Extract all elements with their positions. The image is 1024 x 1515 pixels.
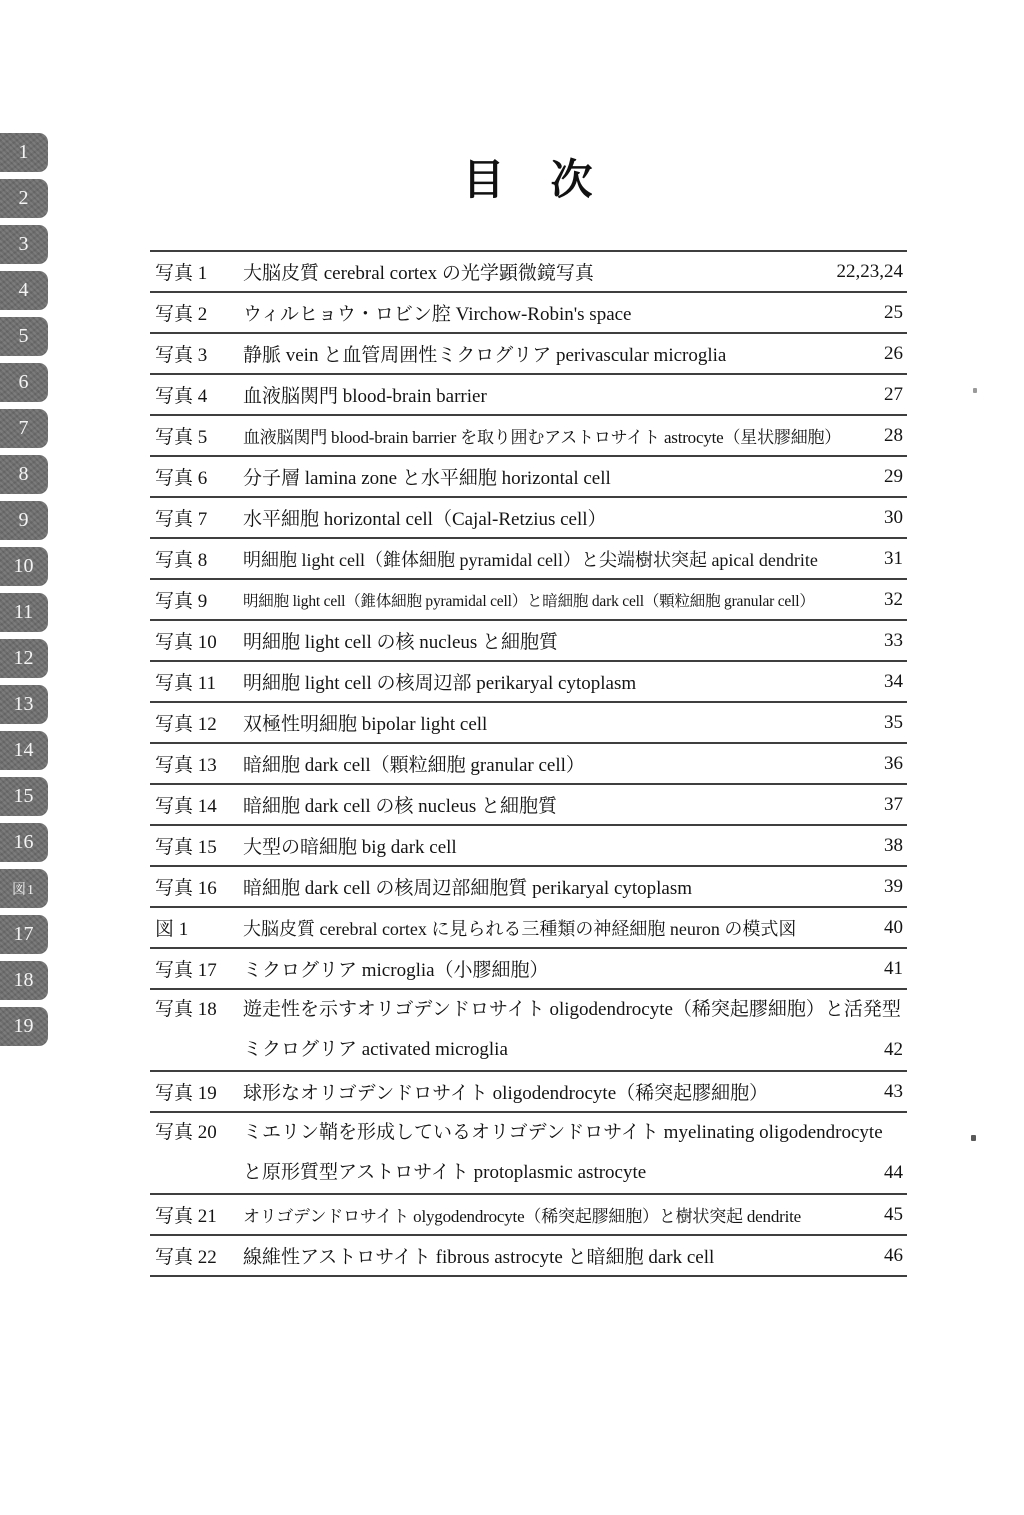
toc-entry-page-number: 46 <box>884 1245 907 1267</box>
toc-entry-page-number: 22,23,24 <box>837 261 908 283</box>
toc-entry-title-line1: 明細胞 light cell の核周辺部 perikaryal cytoplas… <box>243 668 884 695</box>
side-index-tab: 1 <box>0 133 48 172</box>
toc-entry-label: 写真 19 <box>150 1078 243 1105</box>
side-index-tab: 3 <box>0 225 48 264</box>
side-index-tab: 7 <box>0 409 48 448</box>
toc-entry-title-line1: ミエリン鞘を形成しているオリゴデンドロサイト myelinating oligo… <box>243 1113 884 1153</box>
toc-entry-label: 写真 7 <box>150 504 243 531</box>
toc-entry-title-line1: 線維性アストロサイト fibrous astrocyte と暗細胞 dark c… <box>243 1242 884 1269</box>
toc-entry-title-line1: ミクログリア microglia（小膠細胞） <box>243 955 884 982</box>
toc-row: 写真 19 球形なオリゴデンドロサイト oligodendrocyte（稀突起膠… <box>150 1070 907 1111</box>
toc-entry-label: 写真 15 <box>150 832 243 859</box>
toc-entry-title-line1: 血液脳関門 blood-brain barrier を取り囲むアストロサイト a… <box>243 423 884 448</box>
toc-entry-page-number: 34 <box>884 671 907 693</box>
toc-row: 写真 6 分子層 lamina zone と水平細胞 horizontal ce… <box>150 455 907 496</box>
toc-entry-title: ミクログリア microglia（小膠細胞） <box>243 955 884 982</box>
toc-entry-label: 図 1 <box>150 914 243 941</box>
toc-entry-page-number: 28 <box>884 425 907 447</box>
toc-entry-page-number: 40 <box>884 917 907 939</box>
toc-entry-label: 写真 3 <box>150 340 243 367</box>
toc-entry-title: オリゴデンドロサイト olygodendrocyte（稀突起膠細胞）と樹状突起 … <box>243 1202 884 1227</box>
toc-entry-page-number: 38 <box>884 835 907 857</box>
toc-entry-title-line1: ウィルヒョウ・ロビン腔 Virchow-Robin's space <box>243 299 884 326</box>
toc-entry-title-line2: と原形質型アストロサイト protoplasmic astrocyte <box>243 1153 884 1193</box>
toc-entry-title: 球形なオリゴデンドロサイト oligodendrocyte（稀突起膠細胞） <box>243 1078 884 1105</box>
toc-entry-label: 写真 5 <box>150 422 243 449</box>
side-index-tab-label: 10 <box>14 555 34 578</box>
toc-row: 写真 16 暗細胞 dark cell の核周辺部細胞質 perikaryal … <box>150 865 907 906</box>
toc-entry-label: 写真 8 <box>150 545 243 572</box>
toc-entry-page-number: 29 <box>884 466 907 488</box>
toc-row: 写真 15 大型の暗細胞 big dark cell 38 <box>150 824 907 865</box>
side-index-tab-label: 14 <box>14 739 34 762</box>
toc-entry-title-line1: オリゴデンドロサイト olygodendrocyte（稀突起膠細胞）と樹状突起 … <box>243 1202 884 1227</box>
toc-row: 図 1 大脳皮質 cerebral cortex に見られる三種類の神経細胞 n… <box>150 906 907 947</box>
toc-entry-title: 双極性明細胞 bipolar light cell <box>243 709 884 736</box>
toc-entry-title: 水平細胞 horizontal cell（Cajal-Retzius cell） <box>243 504 884 531</box>
toc-row: 写真 2 ウィルヒョウ・ロビン腔 Virchow-Robin's space 2… <box>150 291 907 332</box>
toc-entry-title-line1: 血液脳関門 blood-brain barrier <box>243 381 884 408</box>
side-index-tab-label: 15 <box>14 785 34 808</box>
toc-entry-title: 明細胞 light cell（錐体細胞 pyramidal cell）と暗細胞 … <box>243 589 884 611</box>
side-index-tab: 6 <box>0 363 48 402</box>
toc-entry-title: 明細胞 light cell の核周辺部 perikaryal cytoplas… <box>243 668 884 695</box>
toc-entry-title: 暗細胞 dark cell の核 nucleus と細胞質 <box>243 791 884 818</box>
scan-speck <box>973 388 977 393</box>
toc-entry-page-number: 31 <box>884 548 907 570</box>
toc-entry-title: 暗細胞 dark cell の核周辺部細胞質 perikaryal cytopl… <box>243 873 884 900</box>
toc-entry-page-number: 44 <box>884 1153 907 1193</box>
toc-entry-title-line1: 明細胞 light cell の核 nucleus と細胞質 <box>243 627 884 654</box>
side-index-tab-label: 12 <box>14 647 34 670</box>
toc-entry-page-number: 43 <box>884 1081 907 1103</box>
side-index-tab: 19 <box>0 1007 48 1046</box>
toc-row: 写真 4 血液脳関門 blood-brain barrier 27 <box>150 373 907 414</box>
toc-entry-label: 写真 21 <box>150 1201 243 1228</box>
side-index-tab-label: 19 <box>14 1015 34 1038</box>
toc-entry-title-line1: 暗細胞 dark cell の核周辺部細胞質 perikaryal cytopl… <box>243 873 884 900</box>
side-index-tab-label: 3 <box>19 233 29 256</box>
side-index-tab: 15 <box>0 777 48 816</box>
side-index-tab-label: 7 <box>19 417 29 440</box>
toc-entry-title: 血液脳関門 blood-brain barrier <box>243 381 884 408</box>
toc-entry-title-line1: 大型の暗細胞 big dark cell <box>243 832 884 859</box>
toc-entry-label: 写真 9 <box>150 586 243 613</box>
toc-row: 写真 22 線維性アストロサイト fibrous astrocyte と暗細胞 … <box>150 1234 907 1275</box>
toc-entry-page-number: 26 <box>884 343 907 365</box>
toc-entry-page-number: 45 <box>884 1204 907 1226</box>
toc-entry-title-line1: 大脳皮質 cerebral cortex の光学顕微鏡写真 <box>243 258 837 285</box>
toc-entry-title: 明細胞 light cell（錐体細胞 pyramidal cell）と尖端樹状… <box>243 546 884 572</box>
side-index-tab: 2 <box>0 179 48 218</box>
toc-row: 写真 13 暗細胞 dark cell（顆粒細胞 granular cell） … <box>150 742 907 783</box>
toc-entry-page-number: 42 <box>884 1030 907 1070</box>
toc-entry-title-line1: 暗細胞 dark cell の核 nucleus と細胞質 <box>243 791 884 818</box>
toc-entry-title: 暗細胞 dark cell（顆粒細胞 granular cell） <box>243 750 884 777</box>
toc-entry-label: 写真 4 <box>150 381 243 408</box>
toc-row: 写真 5 血液脳関門 blood-brain barrier を取り囲むアストロ… <box>150 414 907 455</box>
page-title: 目 次 <box>150 156 907 206</box>
toc-entry-title-line1: 遊走性を示すオリゴデンドロサイト oligodendrocyte（稀突起膠細胞）… <box>243 990 884 1030</box>
side-index-tab: 17 <box>0 915 48 954</box>
toc-entry-page-number: 30 <box>884 507 907 529</box>
toc-entry-label: 写真 12 <box>150 709 243 736</box>
toc-entry-page-number: 39 <box>884 876 907 898</box>
toc-entry-title-line1: 暗細胞 dark cell（顆粒細胞 granular cell） <box>243 750 884 777</box>
toc-entry-label: 写真 6 <box>150 463 243 490</box>
toc-entry-title-line1: 分子層 lamina zone と水平細胞 horizontal cell <box>243 463 884 490</box>
side-index-tabs: 1 2 3 4 5 6 7 8 9 10 11 12 13 14 15 <box>0 133 48 1046</box>
toc-entry-title: 明細胞 light cell の核 nucleus と細胞質 <box>243 627 884 654</box>
toc-row: 写真 8 明細胞 light cell（錐体細胞 pyramidal cell）… <box>150 537 907 578</box>
toc-entry-title: 大脳皮質 cerebral cortex に見られる三種類の神経細胞 neuro… <box>243 915 884 941</box>
toc-entry-title-line1: 静脈 vein と血管周囲性ミクログリア perivascular microg… <box>243 340 884 367</box>
side-index-tab-label: 8 <box>19 463 29 486</box>
toc-entry-title-line1: 明細胞 light cell（錐体細胞 pyramidal cell）と暗細胞 … <box>243 589 884 611</box>
side-index-tab: 18 <box>0 961 48 1000</box>
toc-entry-title-line1: 球形なオリゴデンドロサイト oligodendrocyte（稀突起膠細胞） <box>243 1078 884 1105</box>
side-index-tab-label: 図1 <box>12 879 35 899</box>
toc-entry-title-line1: 明細胞 light cell（錐体細胞 pyramidal cell）と尖端樹状… <box>243 546 884 572</box>
toc-entry-label: 写真 22 <box>150 1242 243 1269</box>
toc-entry-label: 写真 16 <box>150 873 243 900</box>
toc-row: 写真 17 ミクログリア microglia（小膠細胞） 41 <box>150 947 907 988</box>
toc-entry-label: 写真 11 <box>150 668 243 695</box>
toc-entry-title: ウィルヒョウ・ロビン腔 Virchow-Robin's space <box>243 299 884 326</box>
side-index-tab-label: 16 <box>14 831 34 854</box>
side-index-tab: 12 <box>0 639 48 678</box>
toc-entry-page-number: 33 <box>884 630 907 652</box>
toc-list: 写真 1 大脳皮質 cerebral cortex の光学顕微鏡写真 22,23… <box>150 250 907 1277</box>
toc-entry-title-line1: 大脳皮質 cerebral cortex に見られる三種類の神経細胞 neuro… <box>243 915 884 941</box>
toc-entry-title-line1: 水平細胞 horizontal cell（Cajal-Retzius cell） <box>243 504 884 531</box>
toc-entry-label: 写真 13 <box>150 750 243 777</box>
toc-entry-page-number: 36 <box>884 753 907 775</box>
toc-entry-page-number: 32 <box>884 589 907 611</box>
side-index-tab-label: 9 <box>19 509 29 532</box>
toc-entry-page-number: 41 <box>884 958 907 980</box>
toc-entry-title: 分子層 lamina zone と水平細胞 horizontal cell <box>243 463 884 490</box>
toc-entry-label: 写真 20 <box>150 1113 243 1153</box>
side-index-tab: 10 <box>0 547 48 586</box>
toc-entry-label: 写真 10 <box>150 627 243 654</box>
side-index-tab: 4 <box>0 271 48 310</box>
toc-row: 写真 9 明細胞 light cell（錐体細胞 pyramidal cell）… <box>150 578 907 619</box>
side-index-tab: 14 <box>0 731 48 770</box>
toc-row: 写真 20 ミエリン鞘を形成しているオリゴデンドロサイト myelinating… <box>150 1111 907 1193</box>
side-index-tab-label: 2 <box>19 187 29 210</box>
side-index-tab: 13 <box>0 685 48 724</box>
toc-entry-title: 大脳皮質 cerebral cortex の光学顕微鏡写真 <box>243 258 837 285</box>
toc-entry-title-line2: ミクログリア activated microglia <box>243 1030 884 1070</box>
toc-entry-page-number: 35 <box>884 712 907 734</box>
toc-row: 写真 10 明細胞 light cell の核 nucleus と細胞質 33 <box>150 619 907 660</box>
toc-entry-page-number: 25 <box>884 302 907 324</box>
toc-row: 写真 1 大脳皮質 cerebral cortex の光学顕微鏡写真 22,23… <box>150 250 907 291</box>
side-index-tab: 5 <box>0 317 48 356</box>
toc-row: 写真 11 明細胞 light cell の核周辺部 perikaryal cy… <box>150 660 907 701</box>
toc-entry-label: 写真 18 <box>150 990 243 1030</box>
side-index-tab-label: 13 <box>14 693 34 716</box>
side-index-tab: 9 <box>0 501 48 540</box>
toc-row: 写真 14 暗細胞 dark cell の核 nucleus と細胞質 37 <box>150 783 907 824</box>
side-index-tab-label: 17 <box>14 923 34 946</box>
side-index-tab: 図1 <box>0 869 48 908</box>
toc-entry-page-number: 37 <box>884 794 907 816</box>
toc-row: 写真 21 オリゴデンドロサイト olygodendrocyte（稀突起膠細胞）… <box>150 1193 907 1234</box>
toc-entry-title-line1: 双極性明細胞 bipolar light cell <box>243 709 884 736</box>
side-index-tab-label: 11 <box>14 601 33 624</box>
side-index-tab-label: 1 <box>19 141 29 164</box>
side-index-tab-label: 4 <box>19 279 29 302</box>
toc-entry-title: ミエリン鞘を形成しているオリゴデンドロサイト myelinating oligo… <box>243 1113 884 1193</box>
scanned-toc-page: 1 2 3 4 5 6 7 8 9 10 11 12 13 14 15 <box>0 0 1024 1515</box>
scan-speck <box>971 1135 976 1141</box>
toc-row: 写真 7 水平細胞 horizontal cell（Cajal-Retzius … <box>150 496 907 537</box>
side-index-tab-label: 5 <box>19 325 29 348</box>
toc-entry-title: 線維性アストロサイト fibrous astrocyte と暗細胞 dark c… <box>243 1242 884 1269</box>
toc-entry-label: 写真 2 <box>150 299 243 326</box>
toc-entry-label: 写真 14 <box>150 791 243 818</box>
toc-entry-title: 遊走性を示すオリゴデンドロサイト oligodendrocyte（稀突起膠細胞）… <box>243 990 884 1070</box>
toc-row: 写真 12 双極性明細胞 bipolar light cell 35 <box>150 701 907 742</box>
toc-entry-title: 静脈 vein と血管周囲性ミクログリア perivascular microg… <box>243 340 884 367</box>
toc-row: 写真 18 遊走性を示すオリゴデンドロサイト oligodendrocyte（稀… <box>150 988 907 1070</box>
toc-row: 写真 3 静脈 vein と血管周囲性ミクログリア perivascular m… <box>150 332 907 373</box>
toc-entry-title: 大型の暗細胞 big dark cell <box>243 832 884 859</box>
side-index-tab: 8 <box>0 455 48 494</box>
toc-entry-page-number: 27 <box>884 384 907 406</box>
side-index-tab: 16 <box>0 823 48 862</box>
toc-entry-label: 写真 1 <box>150 258 243 285</box>
side-index-tab-label: 18 <box>14 969 34 992</box>
side-index-tab: 11 <box>0 593 48 632</box>
toc-entry-title: 血液脳関門 blood-brain barrier を取り囲むアストロサイト a… <box>243 423 884 448</box>
side-index-tab-label: 6 <box>19 371 29 394</box>
toc-entry-label: 写真 17 <box>150 955 243 982</box>
